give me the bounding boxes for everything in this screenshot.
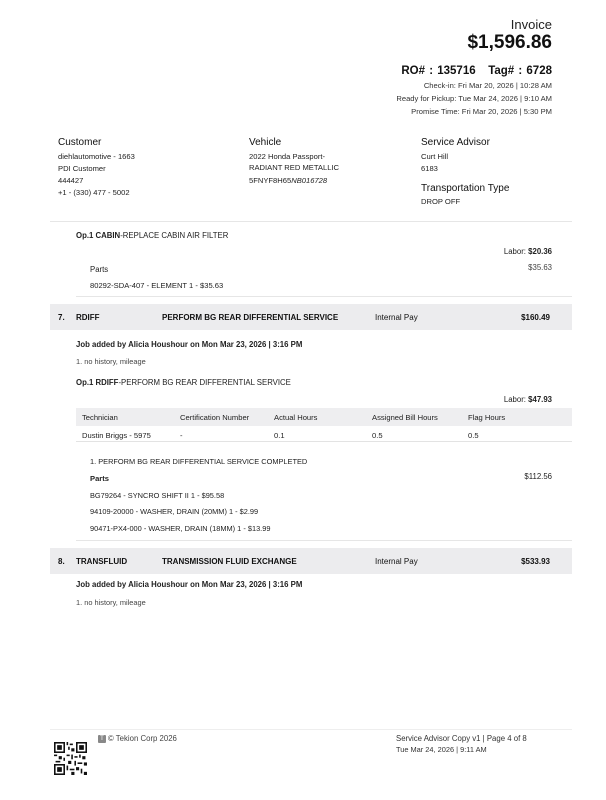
job-note: 1. no history, mileage <box>76 598 146 607</box>
col-assigned-bill-hours: Assigned Bill Hours <box>372 413 438 422</box>
job-description: PERFORM BG REAR DIFFERENTIAL SERVICE <box>162 313 338 322</box>
transportation-type-value: DROP OFF <box>421 196 509 208</box>
job-note: 1. no history, mileage <box>76 357 146 366</box>
copy-info: Service Advisor Copy v1 | Page 4 of 8 <box>396 734 527 743</box>
col-flag-hours: Flag Hours <box>468 413 505 422</box>
op-divider <box>76 296 572 297</box>
service-advisor-id: 6183 <box>421 163 509 175</box>
parts-title: Parts <box>90 474 109 483</box>
op-divider <box>76 540 572 541</box>
op-label: Op.1 RDIFF <box>76 378 118 387</box>
parts-total: $112.56 <box>524 472 552 481</box>
prev-op-title: Op.1 CABIN-REPLACE CABIN AIR FILTER <box>76 231 228 240</box>
qr-code-icon <box>54 742 87 775</box>
col-technician: Technician <box>82 413 118 422</box>
col-certification-number: Certification Number <box>180 413 249 422</box>
customer-type: PDI Customer <box>58 163 135 175</box>
labor-amount: $20.36 <box>528 247 552 256</box>
part-line: BG79264 - SYNCRO SHIFT II 1 - $95.58 <box>90 491 224 500</box>
labor-amount: $47.93 <box>528 395 552 404</box>
service-advisor-name: Curt Hill <box>421 151 509 163</box>
col-actual-hours: Actual Hours <box>274 413 317 422</box>
vehicle-section: Vehicle 2022 Honda Passport- RADIANT RED… <box>249 137 339 187</box>
vehicle-color: RADIANT RED METALLIC <box>249 163 339 172</box>
cell-actual-hours: 0.1 <box>274 431 285 440</box>
customer-section: Customer diehlautomotive - 1663 PDI Cust… <box>58 137 135 199</box>
customer-title: Customer <box>58 137 135 148</box>
vehicle-title: Vehicle <box>249 137 339 148</box>
tekion-logo-icon: T <box>98 735 106 743</box>
vehicle-vin: 5FNYF8H65NB016728 <box>249 175 339 187</box>
table-row: Dustin Briggs - 5975 - 0.1 0.5 0.5 <box>76 426 572 442</box>
promise-time: Promise Time: Fri Mar 20, 2026 | 5:30 PM <box>411 107 552 116</box>
cell-technician: Dustin Briggs - 5975 <box>82 431 151 440</box>
vehicle-model: 2022 Honda Passport- <box>249 151 339 163</box>
customer-id: 444427 <box>58 175 135 187</box>
cell-flag-hours: 0.5 <box>468 431 479 440</box>
printed-date: Tue Mar 24, 2026 | 9:11 AM <box>396 745 487 754</box>
prev-parts-title: Parts <box>90 265 108 274</box>
vin-suffix: NB016728 <box>291 176 327 185</box>
prev-part-line: 80292-SDA-407 - ELEMENT 1 - $35.63 <box>90 281 223 290</box>
copyright: T© Tekion Corp 2026 <box>98 734 177 743</box>
vin-prefix: 5FNYF8H65 <box>249 176 291 185</box>
part-line: 90471-PX4-000 - WASHER, DRAIN (18MM) 1 -… <box>90 524 270 533</box>
document-title: Invoice <box>511 17 552 32</box>
customer-name: diehlautomotive - 1663 <box>58 151 135 163</box>
op-title: Op.1 RDIFF-PERFORM BG REAR DIFFERENTIAL … <box>76 378 291 387</box>
prev-op-label: Op.1 CABIN <box>76 231 120 240</box>
job-number: 8. <box>58 557 65 566</box>
cell-certification-number: - <box>180 431 183 440</box>
job-header-8: 8. TRANSFLUID TRANSMISSION FLUID EXCHANG… <box>50 548 572 574</box>
job-code: TRANSFLUID <box>76 557 127 566</box>
completion-note: 1. PERFORM BG REAR DIFFERENTIAL SERVICE … <box>90 457 307 466</box>
technician-table-header: Technician Certification Number Actual H… <box>76 408 572 426</box>
job-added-by: Job added by Alicia Houshour on Mon Mar … <box>76 580 302 589</box>
job-added-by: Job added by Alicia Houshour on Mon Mar … <box>76 340 302 349</box>
job-amount: $533.93 <box>521 557 550 566</box>
job-code: RDIFF <box>76 313 100 322</box>
technician-table: Technician Certification Number Actual H… <box>76 408 572 442</box>
invoice-total: $1,596.86 <box>467 32 552 54</box>
labor-label: Labor: <box>504 247 528 256</box>
labor-label: Labor: <box>504 395 528 404</box>
op-desc: -PERFORM BG REAR DIFFERENTIAL SERVICE <box>118 378 290 387</box>
check-in-time: Check-in: Fri Mar 20, 2026 | 10:28 AM <box>424 81 552 90</box>
job-header-7: 7. RDIFF PERFORM BG REAR DIFFERENTIAL SE… <box>50 304 572 330</box>
prev-op-labor: Labor: $20.36 <box>504 247 552 256</box>
footer-divider <box>50 729 572 730</box>
copyright-text: © Tekion Corp 2026 <box>108 734 177 743</box>
service-advisor-title: Service Advisor <box>421 137 509 148</box>
job-amount: $160.49 <box>521 313 550 322</box>
job-description: TRANSMISSION FLUID EXCHANGE <box>162 557 297 566</box>
job-number: 7. <box>58 313 65 322</box>
op-labor: Labor: $47.93 <box>504 395 552 404</box>
section-divider <box>50 221 572 222</box>
job-pay-type: Internal Pay <box>375 313 418 322</box>
part-line: 94109-20000 - WASHER, DRAIN (20MM) 1 - $… <box>90 507 258 516</box>
ro-tag-number: RO# : 135716 Tag# : 6728 <box>401 65 552 77</box>
customer-phone: +1 - (330) 477 - 5002 <box>58 187 135 199</box>
service-advisor-section: Service Advisor Curt Hill 6183 Transport… <box>421 137 509 208</box>
ready-for-pickup-time: Ready for Pickup: Tue Mar 24, 2026 | 9:1… <box>396 94 552 103</box>
cell-assigned-bill-hours: 0.5 <box>372 431 383 440</box>
transportation-type-title: Transportation Type <box>421 183 509 194</box>
job-pay-type: Internal Pay <box>375 557 418 566</box>
prev-op-desc: -REPLACE CABIN AIR FILTER <box>120 231 228 240</box>
prev-parts-total: $35.63 <box>528 263 552 272</box>
